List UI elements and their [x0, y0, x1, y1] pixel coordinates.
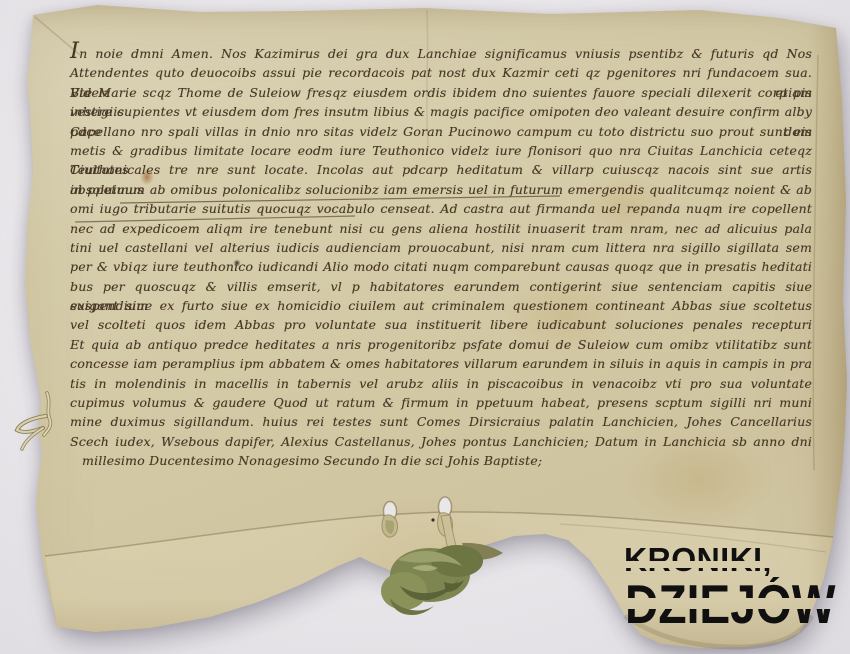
manuscript-line: in ppetuum ab omibus polonicalibz soluci…	[70, 180, 812, 199]
manuscript-line: exigant siue ex furto siue ex homicidio …	[70, 296, 812, 315]
manuscript-line: millesimo Ducentesimo Nonagesimo Secundo…	[70, 451, 574, 470]
manuscript-line: omi iugo tributarie suitutis quocuqz voc…	[70, 199, 812, 218]
manuscript-line: mine duximus sigillandum. huius rei test…	[70, 412, 812, 431]
manuscript-line: per & vbiqz iure teuthonico iudicandi Al…	[70, 257, 812, 276]
manuscript-line: tini uel castellani vel alterius iudicis…	[70, 238, 812, 257]
manuscript-line: metis & gradibus limitate locare eodm iu…	[70, 141, 812, 160]
watermark-line-1: KRONIKI,	[624, 543, 772, 576]
manuscript-line: Teuthonicales tre nre sunt locate. Incol…	[70, 160, 812, 179]
photo-canvas: In noie dmni Amen. Nos Kazimirus dei gra…	[0, 0, 850, 654]
manuscript-line: inhere cupientes vt eiusdem dom fres ins…	[70, 102, 812, 121]
watermark-line-2: DZIEJÓW	[625, 577, 835, 632]
manuscript-text: In noie dmni Amen. Nos Kazimirus dei gra…	[70, 44, 812, 471]
manuscript-line: In noie dmni Amen. Nos Kazimirus dei gra…	[70, 44, 812, 63]
manuscript-line: cupimus volumus & gaudere Quod ut ratum …	[70, 393, 812, 412]
manuscript-line: nec ad expedicoem aliqm ire tenebunt nis…	[70, 219, 812, 238]
manuscript-line: vel scolteti quos idem Abbas pro volunta…	[70, 315, 812, 334]
manuscript-line: Et quia ab antiquo predce heditates a nr…	[70, 335, 812, 354]
manuscript-line: Bte Marie scqz Thome de Suleiow fresqz e…	[70, 83, 812, 102]
manuscript-line: tis in molendinis in macellis in taberni…	[70, 374, 812, 393]
manuscript-line: Capellano nro spali villas in dnio nro s…	[70, 122, 812, 141]
manuscript-line: concesse iam peramplius ipm abbatem & om…	[70, 354, 812, 373]
manuscript-line: bus per quoscuqz & villis emserit, vl p …	[70, 277, 812, 296]
manuscript-line: Attendentes quto deuocoibs assui pie rec…	[70, 63, 812, 82]
manuscript-line: Scech iudex, Wsebous dapifer, Alexius Ca…	[70, 432, 812, 451]
